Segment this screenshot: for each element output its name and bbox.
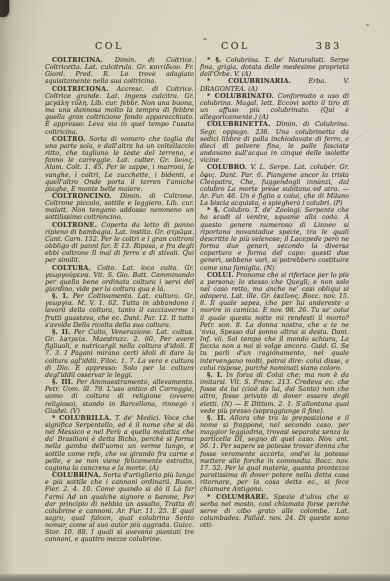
dictionary-entry: §. I. Per Coltivamento. Lat. cultura. Gr… xyxy=(45,293,194,329)
dictionary-entry: COLTRICINA. Dimin. di Coltrice. Coltrice… xyxy=(45,57,194,86)
paper-speck xyxy=(203,38,207,40)
scanned-dictionary-page: COL COL 383 COLTRICINA. Dimin. di Coltri… xyxy=(0,0,390,581)
dictionary-entry: §. I. In forza di Colui che; ma non è da… xyxy=(200,372,349,415)
dictionary-entry: COLTRONE. Coperta da letto di panno ripi… xyxy=(45,222,194,265)
entry-body: Colubrina. T. de' Naturalisti. Serpe fin… xyxy=(200,56,349,78)
dictionary-entry: * §. Colubrina. T. de' Naturalisti. Serp… xyxy=(200,57,349,78)
running-head-right-col: COL xyxy=(221,41,250,52)
entry-body: Coperta da letto di panno ripieno di bam… xyxy=(45,221,194,265)
running-head-left-col: COL xyxy=(95,41,124,52)
entry-body: Dimin. di Colubrina. Segr. oppugn. 236. … xyxy=(200,120,349,164)
entry-body: Per Coltivamento. Lat. cultura. Gr. γεωρ… xyxy=(45,292,194,329)
entry-body: Sorta di vomero che taglia da una parte … xyxy=(45,135,194,193)
entry-body: V. L. Serpe. Lat. coluber. Gr. ὄφις. Dan… xyxy=(200,163,349,207)
dictionary-entry: COLUBRINA. Sorta d'artiglieria più lunga… xyxy=(45,472,194,544)
text-column-left: COLTRICINA. Dimin. di Coltrice. Coltrice… xyxy=(45,57,194,544)
dictionary-entry: COLTRONCINO. Dimin. di Coltrone. Coltron… xyxy=(45,193,194,222)
entry-body: Colubro. T. de' Zoologi. Serpente che ha… xyxy=(200,206,349,271)
dictionary-entry: §. II. Per Culto, Venerazione. Lat. cult… xyxy=(45,329,194,379)
entry-body: T. de' Medici. Voce che significa Serpen… xyxy=(45,414,194,472)
entry-body: Per Culto, Venerazione. Lat. cultus. Gr.… xyxy=(45,328,194,379)
entry-body: Pronome che si riferisce per lo più a pe… xyxy=(200,271,349,372)
entry-body: Allora che tra la preposizione e il nome… xyxy=(200,414,349,494)
page-number: 383 xyxy=(316,41,342,52)
entry-body: In forza di Colui che; ma non è da imita… xyxy=(200,371,349,415)
page-edge-shadow xyxy=(0,0,14,581)
dictionary-entry: * COLUBRINARIA. Erba. V. DRAGONTEA. (A) xyxy=(200,78,349,92)
entry-body: Accresc. di Coltrice. Coltrice grande. L… xyxy=(45,85,194,136)
dictionary-entry: * COLUBRINATO. Conformato a uso di colub… xyxy=(200,93,349,122)
dictionary-entry: COLTRO. Sorta di vomero che taglia da un… xyxy=(45,136,194,193)
dictionary-entry: §. II. Allora che tra la preposizione e … xyxy=(200,415,349,494)
dictionary-entry: §. III. Per Ammaestramento, allevamento.… xyxy=(45,379,194,415)
dictionary-entry: COLTRICIONA. Accresc. di Coltrice. Coltr… xyxy=(45,86,194,136)
column-divider-rule xyxy=(195,56,196,508)
dictionary-entry: COLUBRO. V. L. Serpe. Lat. coluber. Gr. … xyxy=(200,164,349,207)
paper-speck xyxy=(366,24,369,26)
entry-body: Sorta d'artiglieria più lunga e più sott… xyxy=(45,471,194,543)
dictionary-entry: COLUI. Pronome che si riferisce per lo p… xyxy=(200,272,349,372)
dictionary-entry: COLTURA. Colto. Lat. loca culta. Gr. γεω… xyxy=(45,265,194,294)
text-column-right: * §. Colubrina. T. de' Naturalisti. Serp… xyxy=(200,57,349,529)
dictionary-entry: * COLUBRILLA. T. de' Medici. Voce che si… xyxy=(45,415,194,472)
dictionary-entry: * §. Colubro. T. de' Zoologi. Serpente c… xyxy=(200,207,349,271)
scan-bottom-edge xyxy=(0,574,390,581)
dictionary-entry: COLUBRINETTA. Dimin. di Colubrina. Segr.… xyxy=(200,121,349,164)
dictionary-entry: * COLUMBARE. Spezie d'uliva che si serba… xyxy=(200,494,349,530)
